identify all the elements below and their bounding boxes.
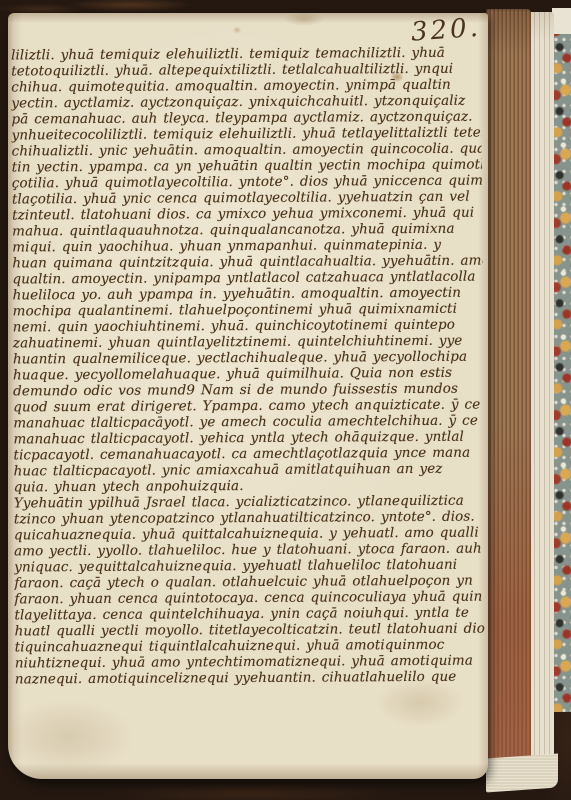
fore-edge <box>486 9 531 767</box>
manuscript-text: liliztli. yhuā temiquiz elehuiliztli. te… <box>11 45 485 696</box>
lower-page-edges <box>486 753 558 792</box>
page-edges <box>529 12 554 760</box>
top-right-page-edges <box>552 8 571 34</box>
marbled-endpaper <box>552 12 571 712</box>
manuscript-line: huac tlalticpacayotl. ynic amiaxcahuā am… <box>14 461 484 480</box>
page-number: 320. <box>410 12 488 47</box>
manuscript-page: 320. liliztli. yhuā temiquiz elehuiliztl… <box>8 13 488 779</box>
manuscript-line: naznequi. amotiquinceliznequi yyehuantin… <box>15 669 485 688</box>
book-photo: 320. liliztli. yhuā temiquiz elehuiliztl… <box>0 0 571 800</box>
